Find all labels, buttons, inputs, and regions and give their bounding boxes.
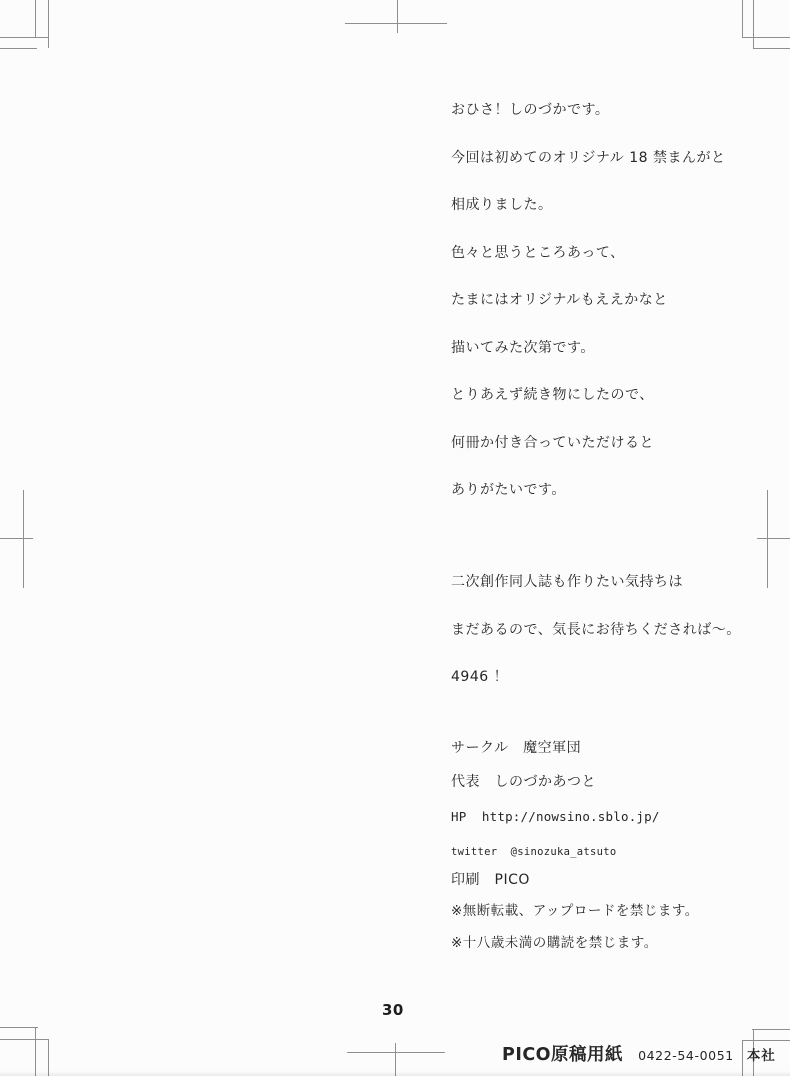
trim-mark-line — [753, 0, 754, 48]
trim-mark-line — [0, 1027, 38, 1028]
trim-mark-line — [395, 1043, 396, 1076]
trim-mark-line — [48, 1039, 49, 1076]
trim-mark-line — [397, 0, 398, 33]
afterword-block-2: 二次創作同人誌も作りたい気持ちは まだあるので、気長にお待ちくだされば～。 49… — [451, 572, 741, 715]
trim-mark-line — [0, 37, 48, 38]
afterword-line: おひさ！しのづかです。 — [451, 100, 726, 148]
notice-age-restriction: ※十八歳未満の購読を禁じます。 — [451, 934, 658, 952]
afterword-block-1: おひさ！しのづかです。 今回は初めてのオリジナル 18 禁まんがと 相成りました… — [451, 100, 726, 528]
trim-mark-line — [767, 490, 768, 588]
trim-mark-line — [752, 1029, 790, 1030]
afterword-line: 描いてみた次第です。 — [451, 338, 726, 386]
afterword-line: 何冊か付き合っていただけると — [451, 433, 726, 481]
homepage-url-line: HP http://nowsino.sblo.jp/ — [451, 808, 660, 826]
circle-name-line: サークル 魔空軍団 — [451, 739, 581, 757]
trim-mark-line — [35, 1027, 36, 1076]
afterword-line: たまにはオリジナルもええかなと — [451, 290, 726, 338]
afterword-line: とりあえず続き物にしたので、 — [451, 385, 726, 433]
trim-mark-line — [345, 23, 447, 24]
paper-company-label: 本社 — [747, 1044, 776, 1064]
paper-brand-label: PICO原稿用紙 — [502, 1041, 623, 1066]
trim-mark-line — [742, 0, 743, 38]
manuscript-page: おひさ！しのづかです。 今回は初めてのオリジナル 18 禁まんがと 相成りました… — [0, 0, 790, 1076]
twitter-handle-line: twitter @sinozuka_atsuto — [451, 843, 617, 861]
trim-mark-line — [23, 490, 24, 588]
trim-mark-line — [0, 538, 33, 539]
notice-no-repost: ※無断転載、アップロードを禁じます。 — [451, 902, 699, 920]
trim-mark-line — [347, 1052, 445, 1053]
page-number: 30 — [382, 1001, 404, 1019]
afterword-line: 今回は初めてのオリジナル 18 禁まんがと — [451, 148, 726, 196]
afterword-line: 相成りました。 — [451, 195, 726, 243]
afterword-line: 色々と思うところあって、 — [451, 243, 726, 291]
trim-mark-line — [0, 48, 37, 49]
afterword-line: まだあるので、気長にお待ちくだされば～。 — [451, 620, 741, 668]
trim-mark-line — [35, 0, 36, 38]
trim-mark-line — [757, 538, 790, 539]
afterword-line: ありがたいです。 — [451, 480, 726, 528]
trim-mark-line — [742, 37, 790, 38]
printer-line: 印刷 PICO — [451, 871, 530, 889]
paper-phone-number: 0422-54-0051 — [638, 1048, 734, 1063]
trim-mark-line — [48, 0, 49, 48]
trim-mark-line — [753, 48, 790, 49]
trim-mark-line — [0, 1039, 48, 1040]
manuscript-paper-footer: PICO原稿用紙 0422-54-0051 本社 — [502, 1041, 776, 1066]
representative-line: 代表 しのづかあつと — [451, 773, 596, 791]
afterword-line: 二次創作同人誌も作りたい気持ちは — [451, 572, 741, 620]
afterword-line: 4946 ！ — [451, 667, 741, 715]
